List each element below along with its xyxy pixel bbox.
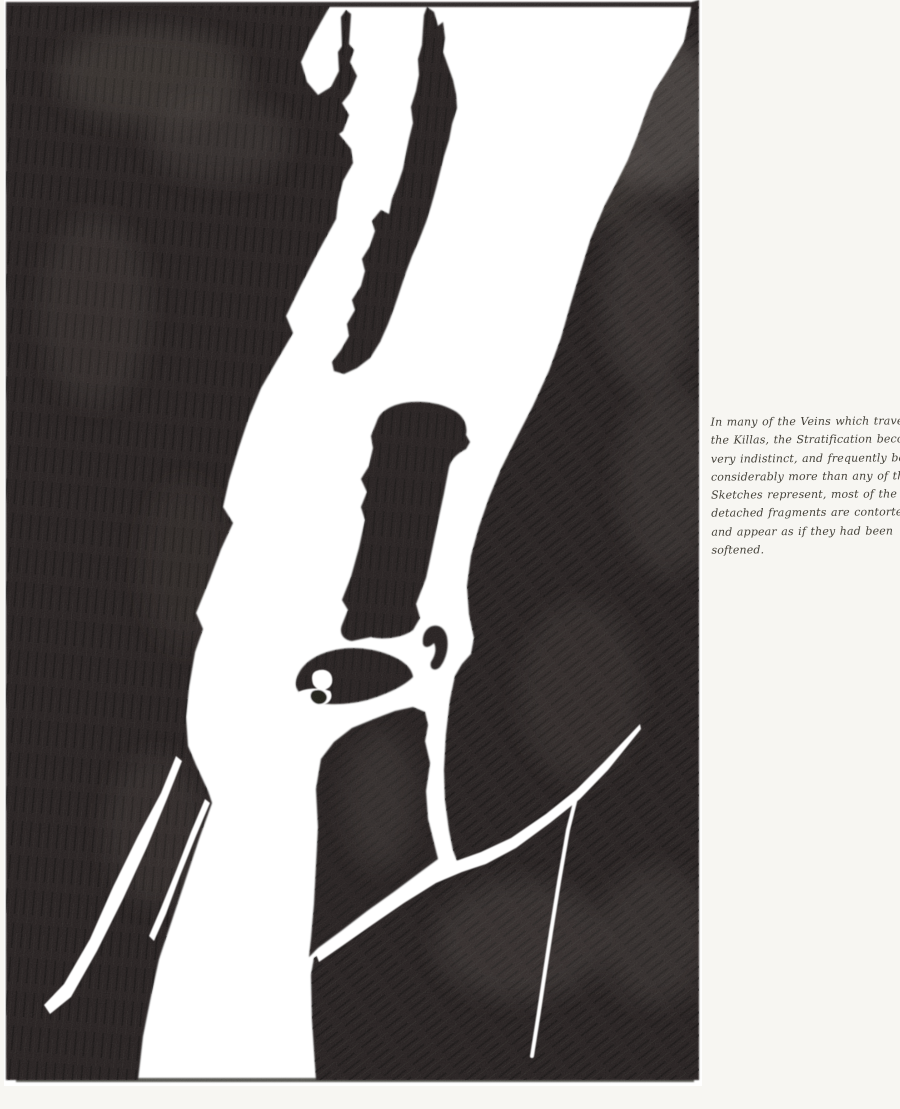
caption-line: In many of the Veins which traverse bbox=[710, 412, 900, 432]
caption-line: considerably more than any of these bbox=[711, 467, 900, 487]
handwritten-caption: In many of the Veins which traverse the … bbox=[710, 412, 900, 560]
aquatint-grain bbox=[4, 0, 702, 1086]
caption-line: Sketches represent, most of the bbox=[711, 486, 900, 506]
caption-line: and appear as if they had been bbox=[711, 522, 900, 542]
caption-line: the Killas, the Stratification becomes bbox=[711, 431, 900, 451]
scanned-plate-page: In many of the Veins which traverse the … bbox=[0, 0, 900, 1109]
caption-line: softened. bbox=[711, 540, 900, 560]
caption-line: detached fragments are contorted, bbox=[711, 504, 900, 524]
caption-line: very indistinct, and frequently bends bbox=[711, 449, 900, 469]
